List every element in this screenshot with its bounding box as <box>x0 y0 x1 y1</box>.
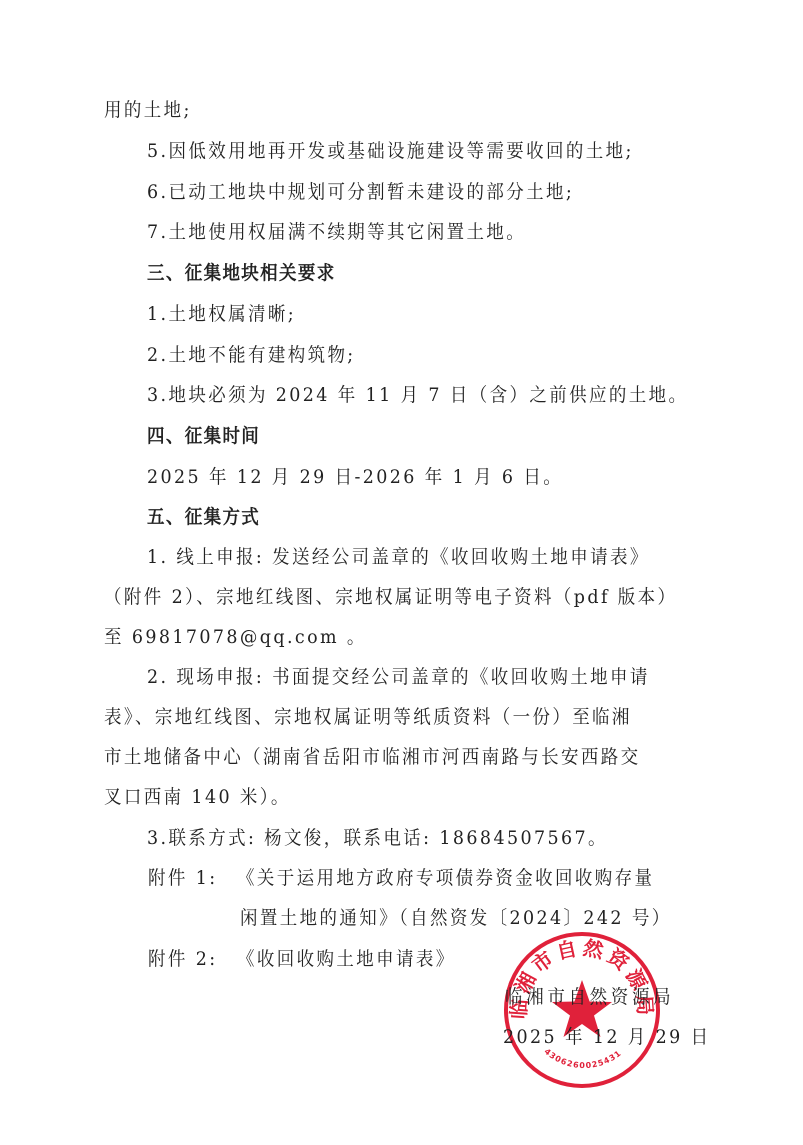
paragraph-line: 市土地储备中心（湖南省岳阳市临湘市河西南路与长安西路交 <box>104 745 641 769</box>
list-item: 6.已动工地块中规划可分割暂未建设的部分土地; <box>147 180 574 204</box>
collection-period: 2025 年 12 月 29 日-2026 年 1 月 6 日。 <box>147 465 563 489</box>
list-item: 5.因低效用地再开发或基础设施建设等需要收回的土地; <box>147 139 634 163</box>
list-item: 2.土地不能有建构筑物; <box>147 343 356 367</box>
paragraph-line: 1. 线上申报: 发送经公司盖章的《收回收购土地申请表》 <box>147 545 650 569</box>
list-item: 1.土地权属清晰; <box>147 302 296 326</box>
attachment-title: 闲置土地的通知》（自然资发〔2024〕242 号） <box>240 906 672 930</box>
paragraph-line: （附件 2）、宗地红线图、宗地权属证明等电子资料（pdf 版本） <box>104 585 677 609</box>
attachment-title: 《收回收购土地申请表》 <box>237 947 456 971</box>
attachment-label: 附件 2: <box>148 947 217 971</box>
email-text: 至 69817078@qq.com 。 <box>104 625 367 649</box>
attachment-title: 《关于运用地方政府专项债券资金收回收购存量 <box>237 866 654 890</box>
list-item: 7.土地使用权届满不续期等其它闲置土地。 <box>147 220 526 244</box>
section-heading: 三、征集地块相关要求 <box>147 261 336 285</box>
contact-line: 3.联系方式: 杨文俊，联系电话: 18684507567。 <box>147 826 608 850</box>
svg-text:4306260025431: 4306260025431 <box>542 1047 623 1070</box>
official-seal-icon: 临湘市自然资源局 4306260025431 <box>502 930 662 1090</box>
body-line: 用的土地; <box>104 98 192 122</box>
issuer-signature: 临湘市自然资源局 <box>505 985 674 1009</box>
issue-date: 2025 年 12 月 29 日 <box>503 1025 710 1049</box>
section-heading: 五、征集方式 <box>147 505 260 529</box>
list-item: 3.地块必须为 2024 年 11 月 7 日（含）之前供应的土地。 <box>147 383 688 407</box>
paragraph-line: 表》、宗地红线图、宗地权属证明等纸质资料（一份）至临湘 <box>104 705 632 729</box>
paragraph-line: 2. 现场申报: 书面提交经公司盖章的《收回收购土地申请 <box>147 665 650 689</box>
paragraph-line: 叉口西南 140 米）。 <box>104 785 291 809</box>
section-heading: 四、征集时间 <box>147 424 260 448</box>
attachment-label: 附件 1: <box>148 866 217 890</box>
